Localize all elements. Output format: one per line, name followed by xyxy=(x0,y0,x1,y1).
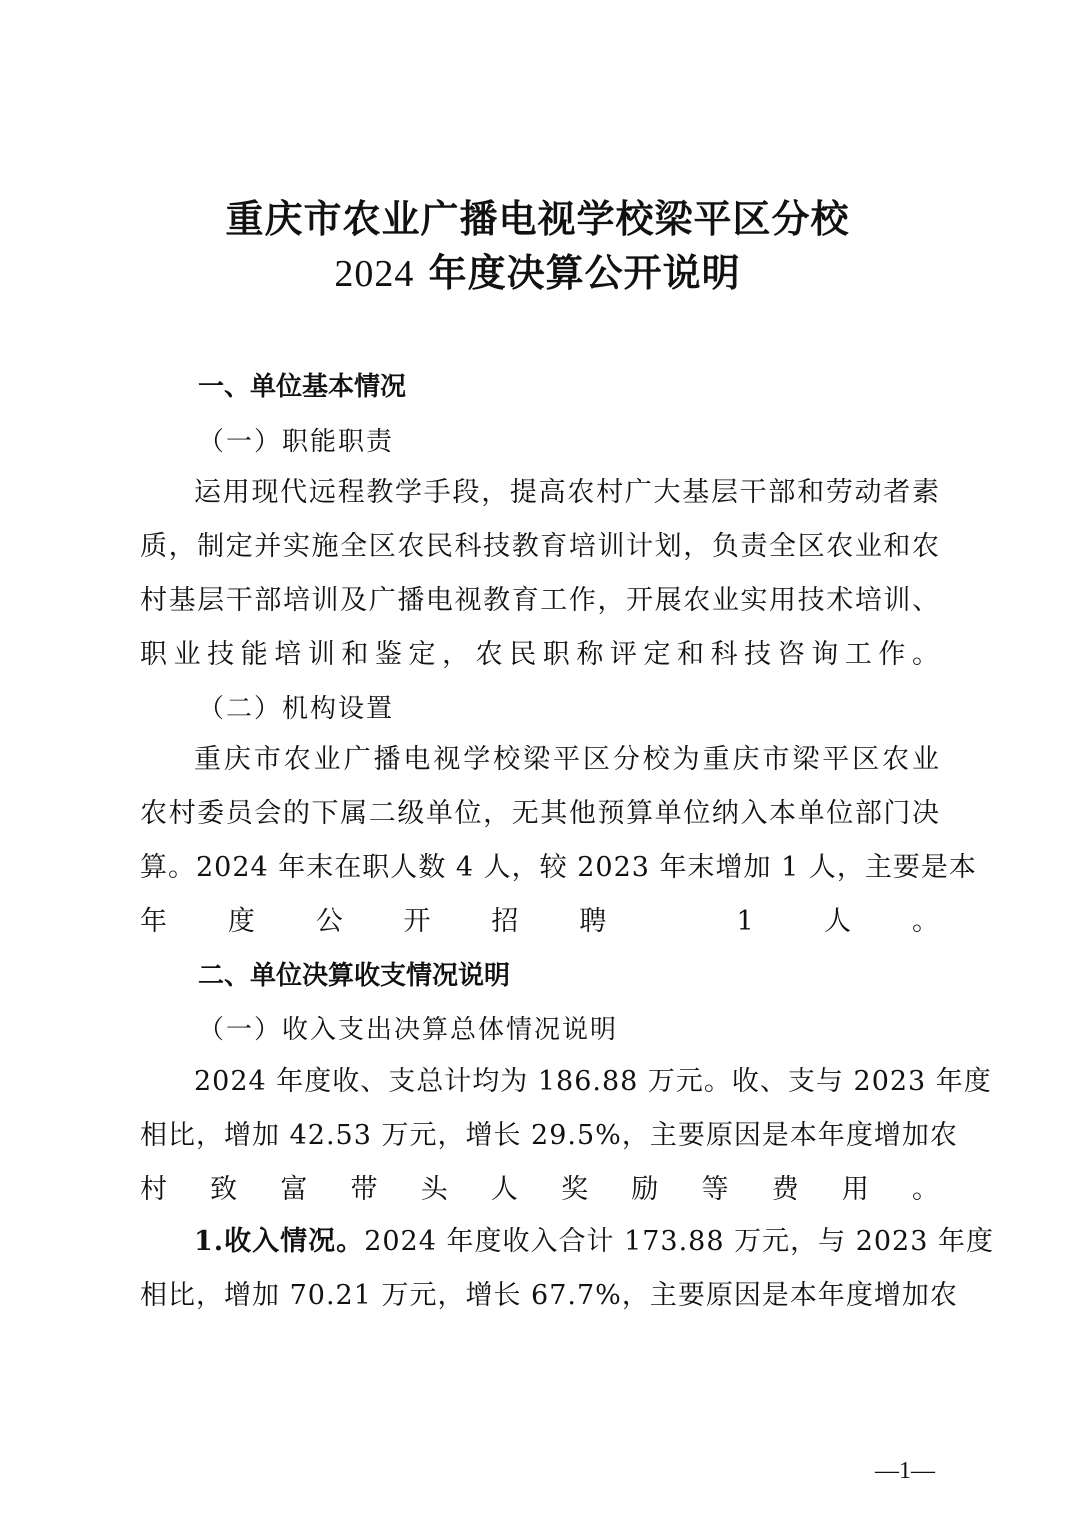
paragraph-organization: 重庆市农业广播电视学校梁平区分校为重庆市梁平区农业 农村委员会的下属二级单位，无… xyxy=(140,733,940,949)
paragraph-line: 村致富带头人奖励等费用。 xyxy=(140,1163,940,1217)
paragraph-line: 相比，增加 70.21 万元，增长 67.7%，主要原因是本年度增加农 xyxy=(140,1269,940,1323)
paragraph-line: 年度公开招聘 1 人。 xyxy=(140,895,940,949)
section-heading-2: 二、单位决算收支情况说明 xyxy=(198,955,510,992)
paragraph-line: 1.收入情况。2024 年度收入合计 173.88 万元，与 2023 年度 xyxy=(140,1215,940,1269)
paragraph-line: 相比，增加 42.53 万元，增长 29.5%，主要原因是本年度增加农 xyxy=(140,1109,940,1163)
income-text: 2024 年度收入合计 173.88 万元，与 2023 年度 xyxy=(364,1226,994,1257)
paragraph-overview: 2024 年度收、支总计均为 186.88 万元。收、支与 2023 年度 相比… xyxy=(140,1055,940,1217)
subsection-heading-organization: （二）机构设置 xyxy=(198,688,394,725)
title-year: 2024 xyxy=(334,253,414,295)
paragraph-line: 职业技能培训和鉴定，农民职称评定和科技咨询工作。 xyxy=(140,628,940,682)
page-number: —1— xyxy=(875,1458,935,1485)
document-title-line1: 重庆市农业广播电视学校梁平区分校 xyxy=(0,196,1075,242)
paragraph-line: 村基层干部培训及广播电视教育工作，开展农业实用技术培训、 xyxy=(140,574,940,628)
income-lead: 1.收入情况。 xyxy=(194,1226,364,1257)
document-title-line2: 2024 年度决算公开说明 xyxy=(0,250,1075,297)
subsection-heading-overview: （一）收入支出决算总体情况说明 xyxy=(198,1009,618,1046)
paragraph-duties: 运用现代远程教学手段，提高农村广大基层干部和劳动者素 质，制定并实施全区农民科技… xyxy=(140,466,940,682)
paragraph-line: 农村委员会的下属二级单位，无其他预算单位纳入本单位部门决 xyxy=(140,787,940,841)
paragraph-line: 2024 年度收、支总计均为 186.88 万元。收、支与 2023 年度 xyxy=(140,1055,940,1109)
title-rest: 年度决算公开说明 xyxy=(414,250,740,295)
paragraph-line: 运用现代远程教学手段，提高农村广大基层干部和劳动者素 xyxy=(140,466,940,520)
section-heading-1: 一、单位基本情况 xyxy=(198,366,406,403)
paragraph-line: 质，制定并实施全区农民科技教育培训计划，负责全区农业和农 xyxy=(140,520,940,574)
paragraph-income: 1.收入情况。2024 年度收入合计 173.88 万元，与 2023 年度 相… xyxy=(140,1215,940,1323)
paragraph-line: 算。2024 年末在职人数 4 人，较 2023 年末增加 1 人，主要是本 xyxy=(140,841,940,895)
subsection-heading-duties: （一）职能职责 xyxy=(198,421,394,458)
paragraph-line: 重庆市农业广播电视学校梁平区分校为重庆市梁平区农业 xyxy=(140,733,940,787)
